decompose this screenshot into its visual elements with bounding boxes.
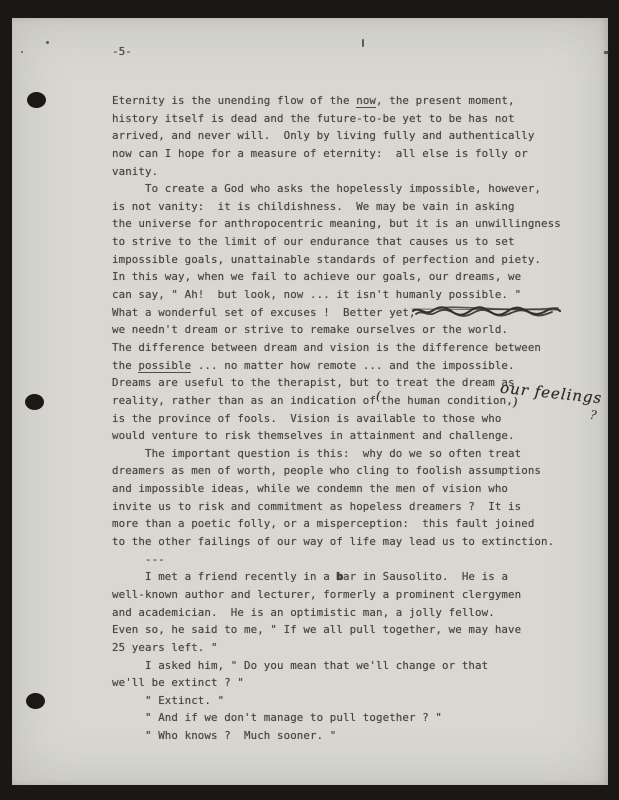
punch-hole [26,693,45,709]
text-segment: more than a poetic folly, or a mispercep… [112,517,534,530]
text-segment-underline: possible [138,359,191,373]
text-segment: --- [112,553,165,566]
text-line: The difference between dream and vision … [112,339,561,357]
text-line: --- [112,551,561,569]
text-segment: reality, rather than as an indication of [112,394,376,407]
text-line: vanity. [112,163,561,181]
text-segment: impossible goals, unattainable standards… [112,253,541,266]
text-segment: can say, " Ah! but look, now ... it isn'… [112,288,521,301]
text-segment: dreamers as men of worth, people who cli… [112,464,541,477]
text-line: I asked him, " Do you mean that we'll ch… [112,657,561,675]
text-line: reality, rather than as an indication of… [112,392,561,410]
text-segment: In this way, when we fail to achieve our… [112,270,521,283]
scan-speck [604,51,609,54]
text-segment: the [112,359,138,372]
text-segment: What a wonderful set of excuses ! Better… [112,306,416,319]
text-segment: we'll be extinct ? " [112,676,244,689]
text-line: The important question is this: why do w… [112,445,561,463]
text-segment: Dreams are useful to the therapist, but … [112,376,515,389]
text-line: Even so, he said to me, " If we all pull… [112,621,561,639]
text-line: To create a God who asks the hopelessly … [112,180,561,198]
text-segment: would venture to risk themselves in atta… [112,429,515,442]
text-line: to strive to the limit of our endurance … [112,233,561,251]
text-line: Eternity is the unending flow of the now… [112,92,561,110]
text-line: more than a poetic folly, or a mispercep… [112,515,561,533]
text-segment: The difference between dream and vision … [112,341,541,354]
text-segment: " Who knows ? Much sooner. " [112,729,336,742]
scribble-strikeout-mark [410,303,562,319]
text-segment: is not vanity: it is childishness. We ma… [112,200,515,213]
text-segment: " Extinct. " [112,694,224,707]
text-segment: and academician. He is an optimistic man… [112,606,495,619]
text-line: " And if we don't manage to pull togethe… [112,709,561,727]
text-line: arrived, and never will. Only by living … [112,127,561,145]
text-line: 25 years left. " [112,639,561,657]
text-segment: arrived, and never will. Only by living … [112,129,534,142]
text-segment: Eternity is the unending flow of the [112,94,356,107]
text-line: is the province of fools. Vision is avai… [112,410,561,428]
text-segment: and impossible ideas, while we condemn t… [112,482,508,495]
punch-hole [27,92,46,108]
text-line: can say, " Ah! but look, now ... it isn'… [112,286,561,304]
text-line: now can I hope for a measure of eternity… [112,145,561,163]
text-segment: " And if we don't manage to pull togethe… [112,711,442,724]
text-segment: we needn't dream or strive to remake our… [112,323,508,336]
text-line: we'll be extinct ? " [112,674,561,692]
handwritten-question-mark: ? [589,408,597,423]
text-line: impossible goals, unattainable standards… [112,251,561,269]
text-segment: The important question is this: why do w… [112,447,521,460]
text-line: would venture to risk themselves in atta… [112,427,561,445]
text-line: " Extinct. " [112,692,561,710]
text-segment: is the province of fools. Vision is avai… [112,412,501,425]
page-number: -5- [112,45,132,58]
scan-speck [362,39,364,47]
text-segment: 25 years left. " [112,641,218,654]
text-segment: I asked him, " Do you mean that we'll ch… [112,659,488,672]
text-line: invite us to risk and commitment as hope… [112,498,561,516]
text-segment: well-known author and lecturer, formerly… [112,588,521,601]
text-line: Dreams are useful to the therapist, but … [112,374,561,392]
text-segment: vanity. [112,165,158,178]
text-segment: now can I hope for a measure of eternity… [112,147,528,160]
text-segment: to strive to the limit of our endurance … [112,235,515,248]
text-segment: history itself is dead and the future-to… [112,112,515,125]
text-line: the possible ... no matter how remote ..… [112,357,561,375]
text-segment: to the other failings of our way of life… [112,535,554,548]
text-line: is not vanity: it is childishness. We ma… [112,198,561,216]
text-line: and impossible ideas, while we condemn t… [112,480,561,498]
text-segment-underline: now [356,94,376,108]
text-segment: , the present moment, [376,94,515,107]
text-segment: To create a God who asks the hopelessly … [112,182,541,195]
text-line: dreamers as men of worth, people who cli… [112,462,561,480]
text-line: I met a friend recently in a bar in Saus… [112,568,561,586]
text-segment: the human condition, [381,394,513,407]
text-line: we needn't dream or strive to remake our… [112,321,561,339]
text-segment: invite us to risk and commitment as hope… [112,500,521,513]
text-segment: Even so, he said to me, " If we all pull… [112,623,521,636]
text-line: and academician. He is an optimistic man… [112,604,561,622]
text-segment: the universe for anthropocentric meaning… [112,217,561,230]
text-line: " Who knows ? Much sooner. " [112,727,561,745]
text-line: well-known author and lecturer, formerly… [112,586,561,604]
text-segment: ar in Sausolito. He is a [343,570,508,583]
text-segment: ... no matter how remote ... and the imp… [191,359,514,372]
text-line: In this way, when we fail to achieve our… [112,268,561,286]
scan-speck [46,41,49,44]
scan-background: -5- Eternity is the unending flow of the… [0,0,619,800]
text-segment: I met a friend recently in a [112,570,336,583]
text-lines: Eternity is the unending flow of the now… [112,92,561,745]
scan-speck [21,51,23,53]
text-segment-hand-open: ( [376,388,381,406]
text-line: history itself is dead and the future-to… [112,110,561,128]
punch-hole [25,394,44,410]
text-line: to the other failings of our way of life… [112,533,561,551]
document-page: -5- Eternity is the unending flow of the… [12,18,608,785]
text-line: the universe for anthropocentric meaning… [112,215,561,233]
